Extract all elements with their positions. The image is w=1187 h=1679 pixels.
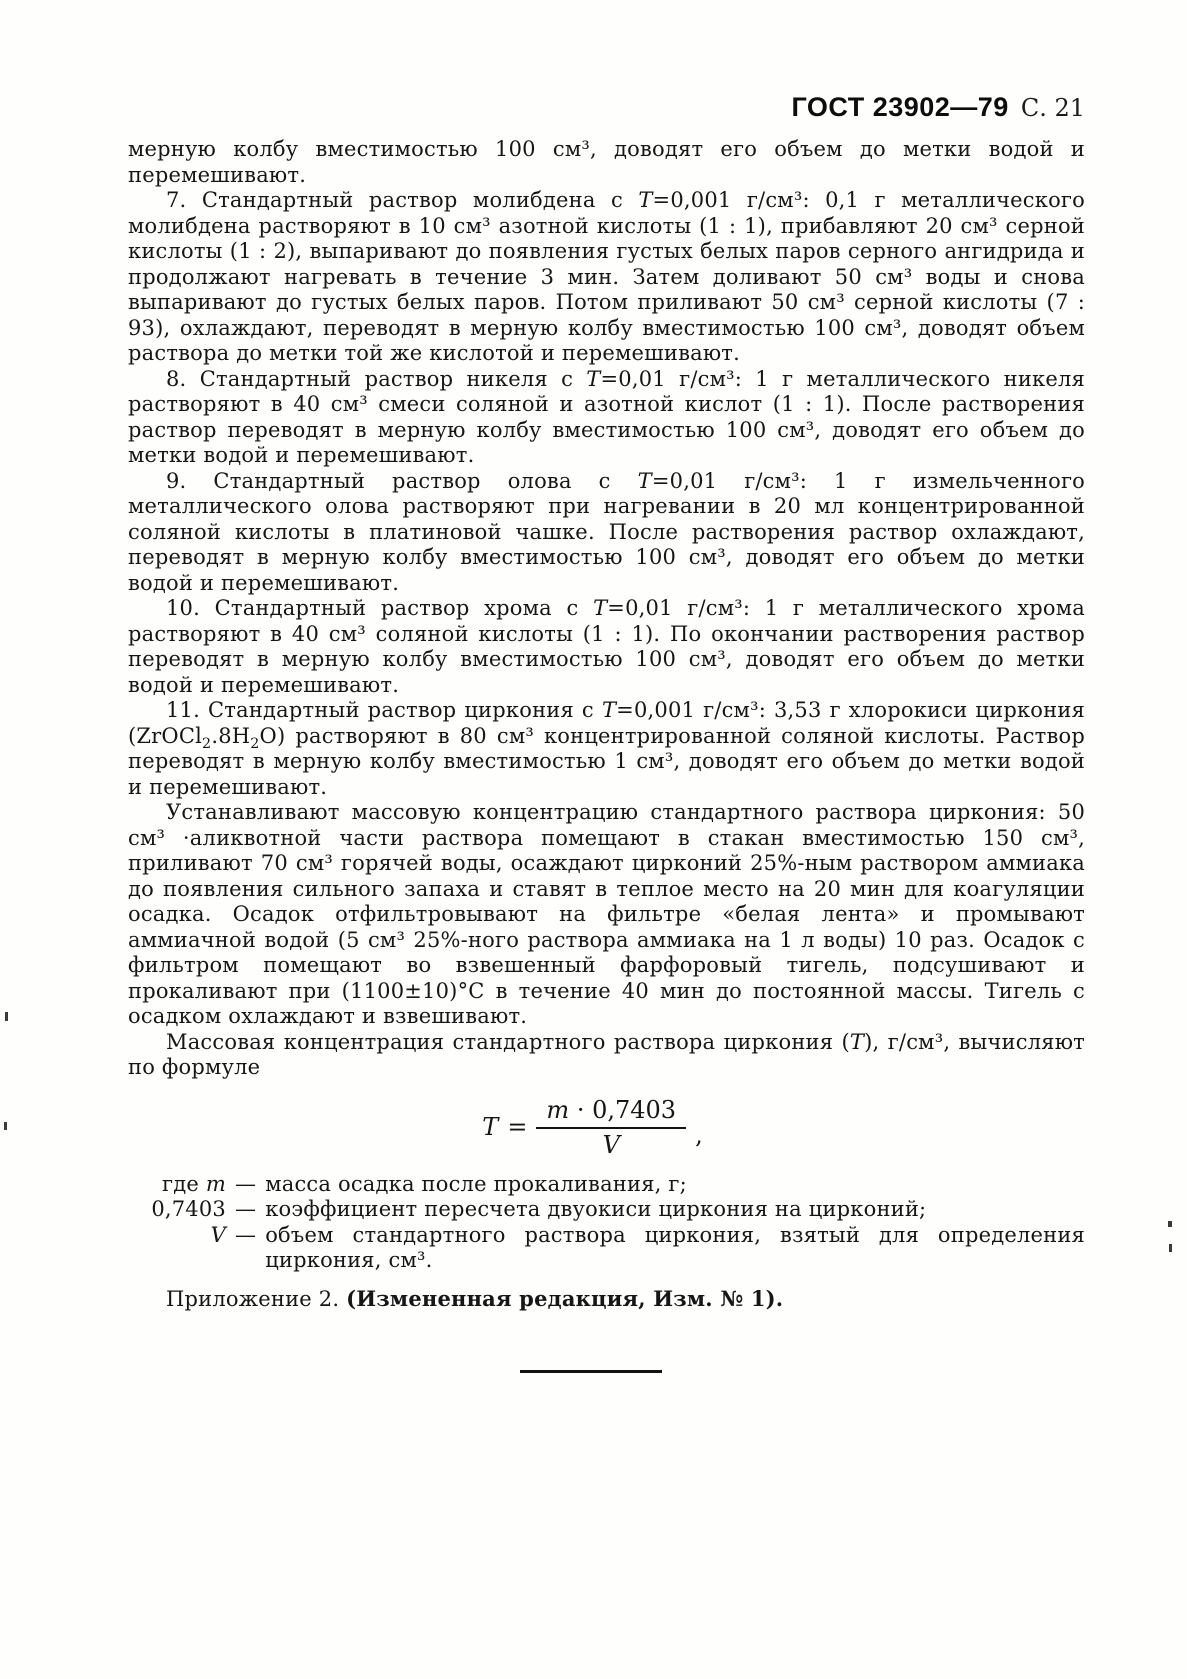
paragraphs: мерную колбу вместимостью 100 см³, довод…: [128, 137, 1085, 1081]
definition-dash: —: [235, 1172, 256, 1198]
formula-lhs: T: [482, 1114, 498, 1142]
definition-row: где m—масса осадка после прокаливания, г…: [128, 1172, 1085, 1198]
definition-row: 0,7403—коэффициент пересчета двуокиси ци…: [128, 1197, 1085, 1223]
document-body: мерную колбу вместимостью 100 см³, довод…: [128, 137, 1085, 1373]
section-divider: [520, 1370, 662, 1373]
formula-numerator-factor: · 0,7403: [569, 1096, 676, 1124]
paragraph: 10. Стандартный раствор хрома с T=0,01 г…: [128, 596, 1085, 698]
definitions: где m—масса осадка после прокаливания, г…: [128, 1172, 1085, 1274]
definition-term: где m: [128, 1172, 226, 1198]
definition-term: V: [128, 1223, 226, 1274]
appendix-line: Приложение 2. (Измененная редакция, Изм.…: [128, 1286, 1085, 1313]
running-header: ГОСТ 23902—79С. 21: [128, 92, 1085, 123]
scanned-document-page: ГОСТ 23902—79С. 21 мерную колбу вместимо…: [0, 0, 1187, 1679]
paragraph: Массовая концентрация стандартного раств…: [128, 1030, 1085, 1081]
paragraph: 8. Стандартный раствор никеля с T=0,01 г…: [128, 367, 1085, 469]
definition-term: 0,7403: [128, 1197, 226, 1223]
scan-artifact: [1168, 1221, 1172, 1227]
definition-description: масса осадка после прокаливания, г;: [265, 1172, 1085, 1198]
formula-numerator-variable: m: [546, 1096, 569, 1124]
definition-description: объем стандартного раствора циркония, вз…: [265, 1223, 1085, 1274]
page-number: С. 21: [1021, 94, 1085, 122]
formula-numerator: m · 0,7403: [536, 1097, 686, 1130]
scan-artifact: [1169, 1244, 1172, 1252]
definition-row: V—объем стандартного раствора циркония, …: [128, 1223, 1085, 1274]
paragraph: 9. Стандартный раствор олова с T=0,01 г/…: [128, 469, 1085, 597]
formula-comma: ,: [695, 1122, 703, 1160]
formula-fraction: m · 0,7403 V: [536, 1097, 686, 1160]
formula: T = m · 0,7403 V ,: [128, 1097, 1057, 1160]
definition-description: коэффициент пересчета двуокиси циркония …: [265, 1197, 1085, 1223]
standard-number: ГОСТ 23902—79: [791, 92, 1008, 122]
definition-dash: —: [235, 1223, 256, 1274]
paragraph: 7. Стандартный раствор молибдена с T=0,0…: [128, 188, 1085, 367]
scan-artifact: [4, 1122, 7, 1130]
scan-artifact: [5, 1012, 8, 1021]
paragraph: мерную колбу вместимостью 100 см³, довод…: [128, 137, 1085, 188]
paragraph: Устанавливают массовую концентрацию стан…: [128, 800, 1085, 1030]
formula-equals: =: [507, 1114, 527, 1142]
formula-denominator: V: [536, 1129, 686, 1160]
definition-dash: —: [235, 1197, 256, 1223]
paragraph: 11. Стандартный раствор циркония с T=0,0…: [128, 698, 1085, 800]
